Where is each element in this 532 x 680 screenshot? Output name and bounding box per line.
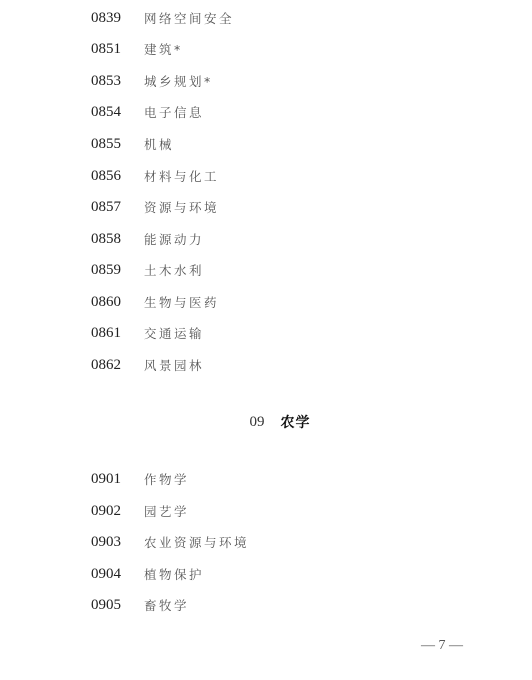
list-item: 0859 土木水利: [91, 260, 204, 280]
list-item: 0858 能源动力: [91, 229, 204, 249]
discipline-code: 0854: [91, 104, 144, 121]
discipline-name: 交通运输: [144, 324, 204, 342]
list-item: 0857 资源与环境: [91, 197, 219, 217]
discipline-code: 0855: [91, 136, 144, 153]
discipline-code: 0902: [91, 503, 144, 520]
list-item: 0902 园艺学: [91, 501, 189, 521]
discipline-code: 0903: [91, 534, 144, 551]
section-title: 农学: [281, 412, 311, 432]
list-item: 0853 城乡规划*: [91, 71, 213, 91]
discipline-name: 土木水利: [144, 261, 204, 279]
discipline-code: 0857: [91, 199, 144, 216]
list-item: 0855 机械: [91, 134, 174, 154]
discipline-name: 风景园林: [144, 356, 204, 374]
discipline-code: 0905: [91, 597, 144, 614]
discipline-name: 农业资源与环境: [144, 533, 249, 551]
list-item: 0860 生物与医药: [91, 292, 219, 312]
page-number: — 7 —: [421, 638, 463, 654]
discipline-code: 0901: [91, 471, 144, 488]
discipline-name: 网络空间安全: [144, 9, 234, 27]
discipline-name: 机械: [144, 135, 174, 153]
discipline-name: 电子信息: [144, 103, 204, 121]
list-item: 0862 风景园林: [91, 355, 204, 375]
discipline-code: 0862: [91, 357, 144, 374]
discipline-name: 植物保护: [144, 565, 204, 583]
discipline-code: 0860: [91, 294, 144, 311]
discipline-code: 0859: [91, 262, 144, 279]
list-item: 0904 植物保护: [91, 564, 204, 584]
discipline-name: 材料与化工: [144, 167, 219, 185]
discipline-name: 资源与环境: [144, 198, 219, 216]
list-item: 0903 农业资源与环境: [91, 532, 249, 552]
list-item: 0856 材料与化工: [91, 166, 219, 186]
discipline-code: 0851: [91, 41, 144, 58]
discipline-name: 城乡规划*: [144, 72, 213, 90]
list-item: 0901 作物学: [91, 469, 189, 489]
document-page: 0839 网络空间安全 0851 建筑* 0853 城乡规划* 0854 电子信…: [0, 0, 532, 680]
discipline-code: 0853: [91, 73, 144, 90]
discipline-code: 0861: [91, 325, 144, 342]
discipline-name: 园艺学: [144, 502, 189, 520]
list-item: 0851 建筑*: [91, 39, 183, 59]
discipline-name: 畜牧学: [144, 596, 189, 614]
list-item: 0905 畜牧学: [91, 595, 189, 615]
discipline-code: 0858: [91, 231, 144, 248]
discipline-name: 建筑*: [144, 40, 183, 58]
list-item: 0861 交通运输: [91, 323, 204, 343]
discipline-name: 作物学: [144, 470, 189, 488]
discipline-code: 0839: [91, 10, 144, 27]
section-code: 09: [250, 414, 265, 431]
discipline-code: 0904: [91, 566, 144, 583]
section-heading: 09 农学: [0, 412, 532, 432]
list-item: 0839 网络空间安全: [91, 8, 234, 28]
list-item: 0854 电子信息: [91, 102, 204, 122]
discipline-name: 能源动力: [144, 230, 204, 248]
discipline-code: 0856: [91, 168, 144, 185]
discipline-name: 生物与医药: [144, 293, 219, 311]
